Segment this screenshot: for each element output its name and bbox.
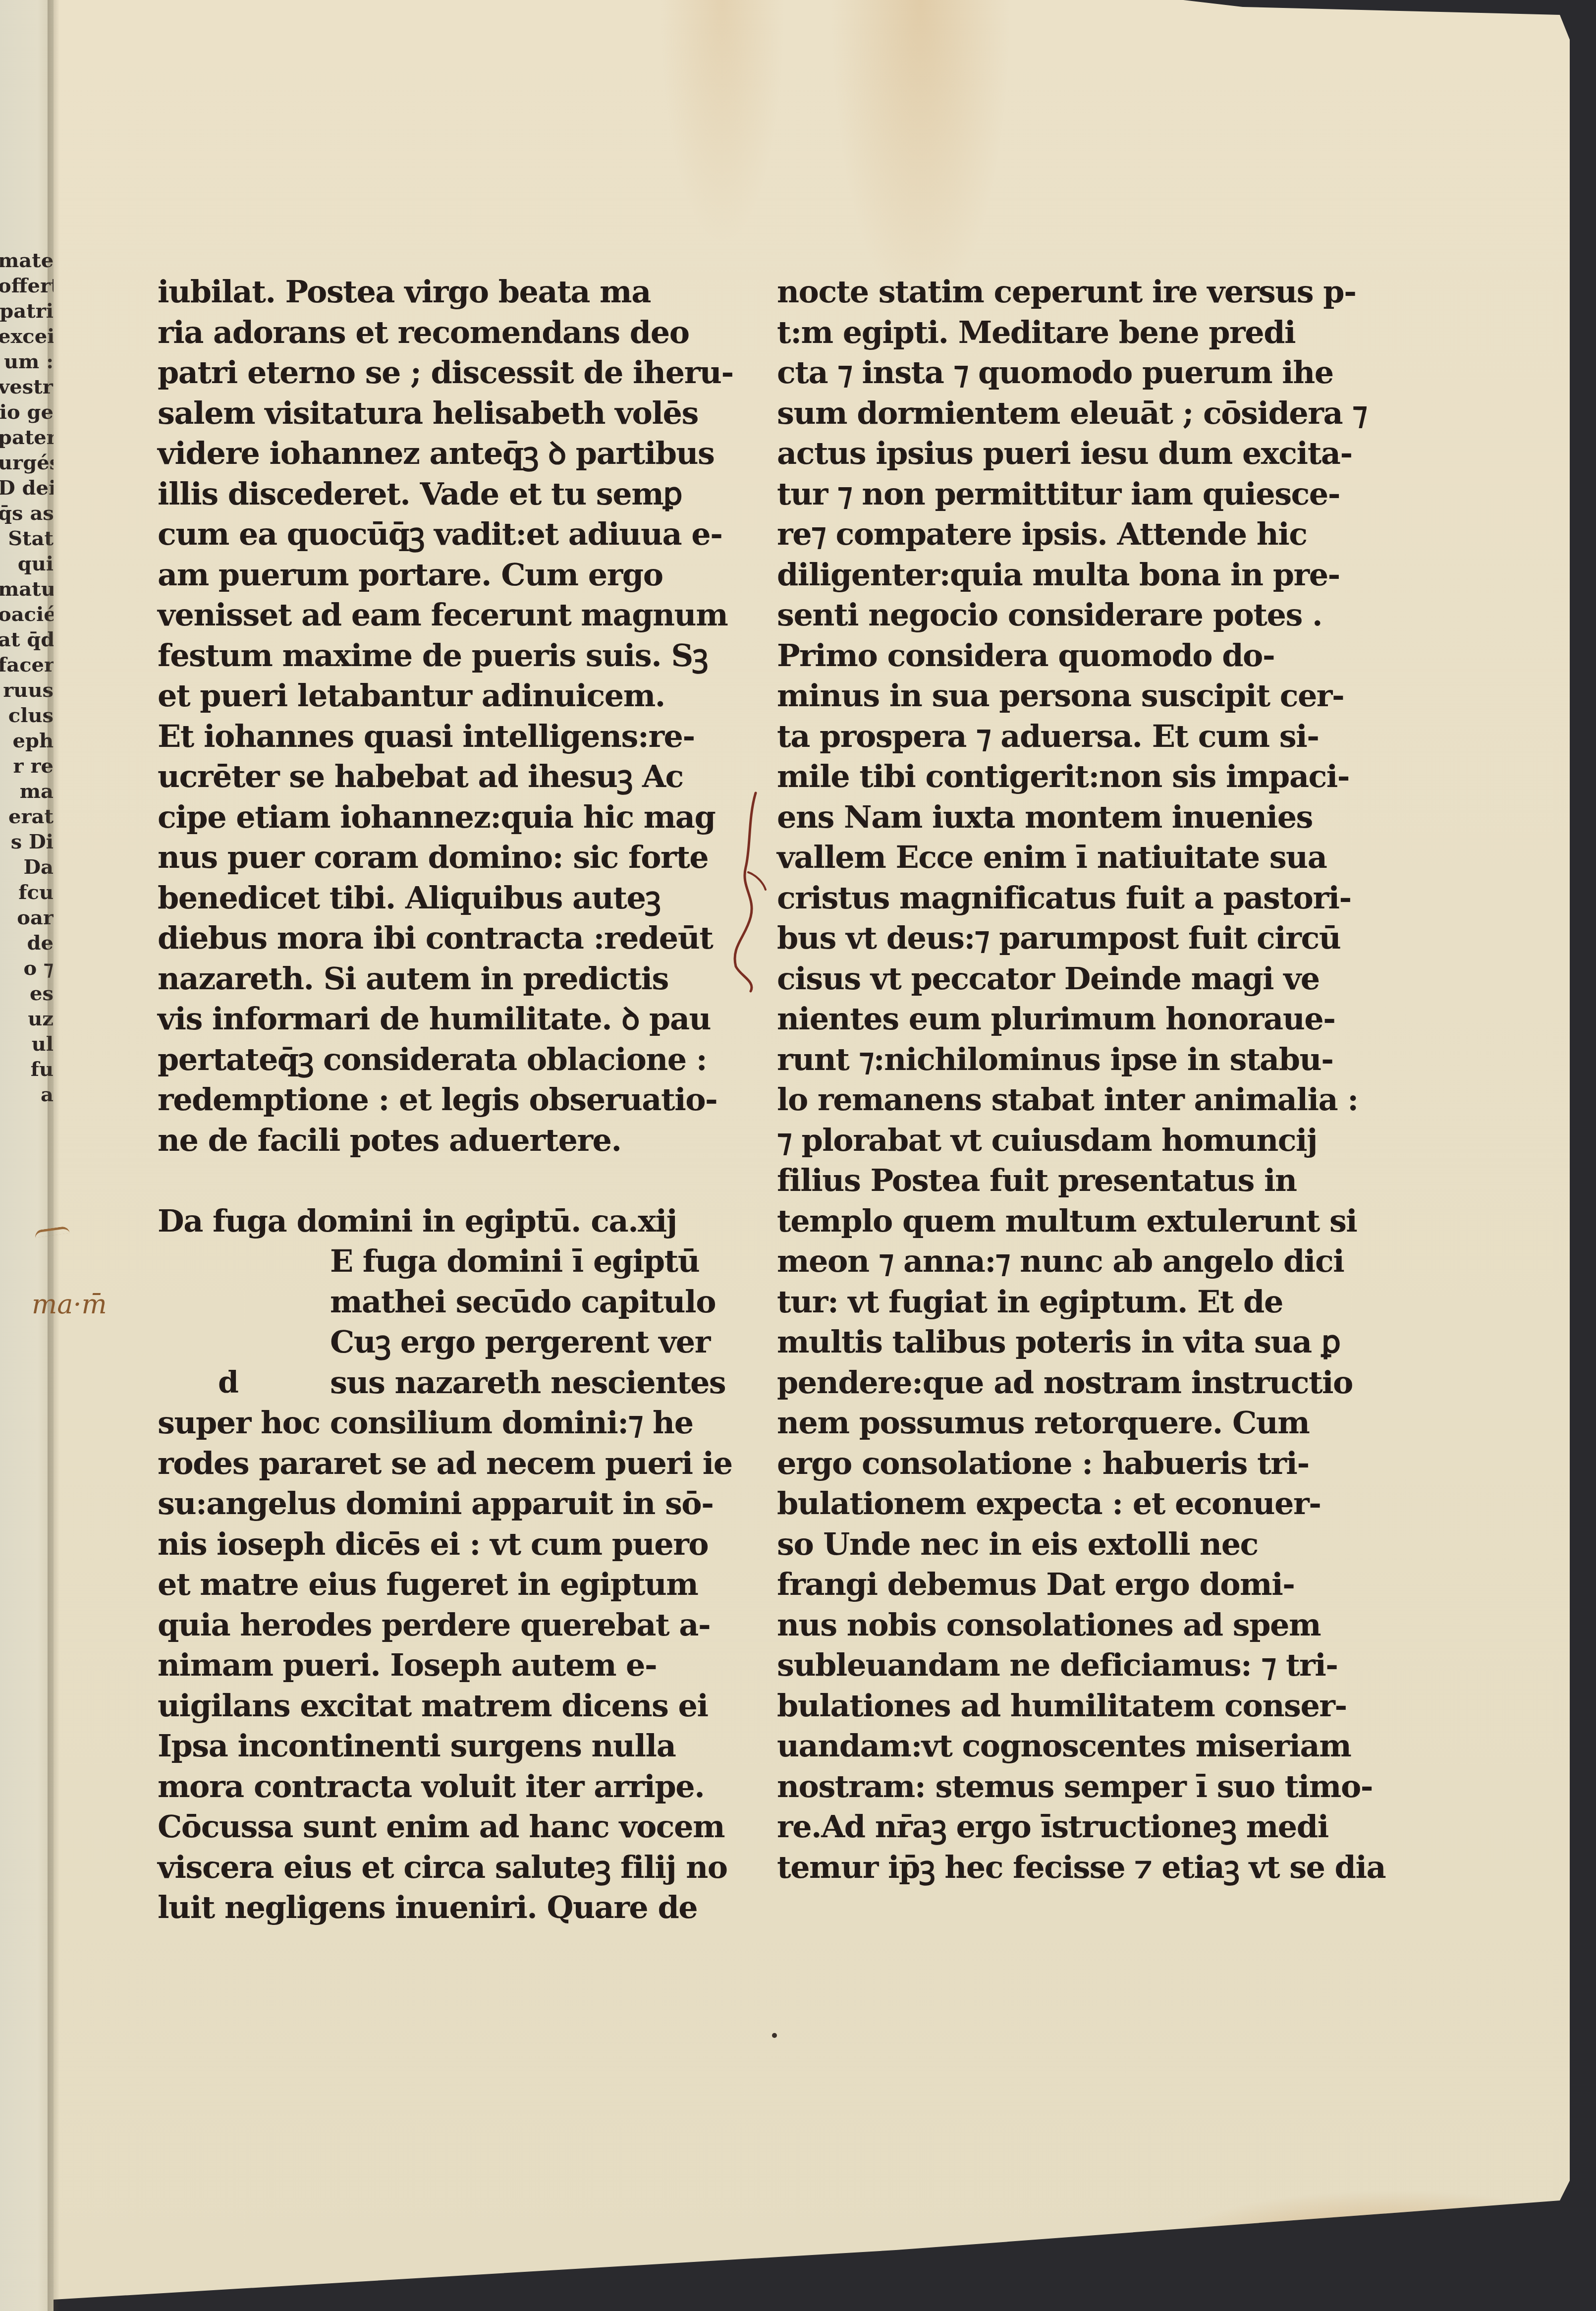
facing-line: ruus: [0, 677, 54, 703]
left-text-column: iubilat. Postea virgo beata ma ria adora…: [158, 272, 713, 1928]
facing-line: es: [0, 981, 54, 1006]
text-line: nientes eum plurimum honoraue-: [777, 999, 1337, 1039]
facing-line: io ge: [0, 399, 54, 425]
text-line: re.Ad nr̄aꝫ ergo īstructioneꝫ medi: [777, 1806, 1337, 1847]
text-line: mora contracta voluit iter arripe.: [158, 1766, 713, 1807]
text-line: Primo considera quomodo do-: [777, 635, 1337, 676]
text-line: cisus vt peccator Deinde magi ve: [777, 958, 1337, 999]
text-line: temur ip̄ꝫ hec fecisse ⁊ etiaꝫ vt se dia: [777, 1847, 1337, 1888]
facing-line: fu: [0, 1057, 54, 1082]
text-line: subleuandam ne deficiamus: ⁊ tri-: [777, 1645, 1337, 1686]
text-line: nazareth. Si autem in predictis: [158, 958, 713, 999]
text-line: videre iohannez anteq̄ꝫ ꝺ partibus: [158, 433, 713, 474]
facing-line: oar: [0, 905, 54, 930]
facing-line: oacié: [0, 602, 54, 627]
text-line: ria adorans et recomendans deo: [158, 312, 713, 353]
text-line: nimam pueri. Ioseph autem e-: [158, 1645, 713, 1686]
text-line: redemptione : et legis obseruatio-: [158, 1079, 713, 1120]
text-line: nus puer coram domino: sic forte: [158, 837, 713, 878]
text-line: venisset ad eam fecerunt magnum: [158, 595, 713, 635]
facing-line: o ⁊: [0, 956, 54, 981]
text-line: uigilans excitat matrem dicens ei: [158, 1686, 713, 1726]
text-line: cta ⁊ insta ⁊ quomodo puerum ihe: [777, 352, 1337, 393]
text-line: benedicet tibi. Aliquibus auteꝫ: [158, 878, 713, 918]
facing-line: uz: [0, 1006, 54, 1031]
facing-line: ul: [0, 1031, 54, 1057]
text-line: filius Postea fuit presentatus in: [777, 1160, 1337, 1201]
text-line: cristus magnificatus fuit a pastori-: [777, 878, 1337, 918]
manicule-icon: [721, 788, 770, 996]
text-line: ⁊ plorabat vt cuiusdam homuncij: [777, 1120, 1337, 1161]
text-line: quia herodes perdere querebat a-: [158, 1605, 713, 1645]
facing-line: a: [0, 1082, 54, 1107]
facing-line: D dei: [0, 475, 54, 501]
text-line: senti negocio considerare potes .: [777, 595, 1337, 635]
text-line: runt ⁊:nichilominus ipse in stabu-: [777, 1039, 1337, 1080]
text-line: templo quem multum extulerunt si: [777, 1201, 1337, 1241]
text-line: sum dormientem eleuāt ; cōsidera ⁊: [777, 393, 1337, 434]
facing-line: erat: [0, 804, 54, 829]
text-line: nem possumus retorquere. Cum: [777, 1403, 1337, 1443]
facing-line: eph: [0, 728, 54, 753]
right-text-column: nocte statim ceperunt ire versus p- t:m …: [777, 272, 1337, 1887]
chapter-heading: Da fuga domini in egiptū. ca.xij: [158, 1201, 713, 1241]
chapter-intro-line: sus nazareth nescientes: [158, 1362, 713, 1403]
facing-line: facer: [0, 652, 54, 677]
text-line: uandam:vt cognoscentes miseriam: [777, 1726, 1337, 1766]
section-gap: [158, 1160, 713, 1201]
text-line: Ipsa incontinenti surgens nulla: [158, 1726, 713, 1766]
facing-line: um :: [0, 349, 54, 374]
facing-line: patri: [0, 298, 54, 324]
text-line: mile tibi contigerit:non sis impaci-: [777, 756, 1337, 797]
text-line: bulationem expecta : et econuer-: [777, 1483, 1337, 1524]
text-line: actus ipsius pueri iesu dum excita-: [777, 433, 1337, 474]
text-line: luit negligens inueniri. Quare de: [158, 1887, 713, 1928]
facing-line: at q̄d: [0, 627, 54, 652]
text-line: so Unde nec in eis extolli nec: [777, 1524, 1337, 1565]
facing-line: de: [0, 930, 54, 956]
text-line: meon ⁊ anna:⁊ nunc ab angelo dici: [777, 1241, 1337, 1282]
text-line: nus nobis consolationes ad spem: [777, 1605, 1337, 1645]
text-line: cipe etiam iohannez:quia hic mag: [158, 797, 713, 838]
text-line: cum ea quocūq̄ꝫ vadit:et adiuua e-: [158, 514, 713, 555]
text-line: iubilat. Postea virgo beata ma: [158, 272, 713, 312]
ink-dot: [772, 2033, 777, 2038]
text-line: ergo consolatione : habueris tri-: [777, 1443, 1337, 1484]
facing-line: Da: [0, 854, 54, 880]
text-line: ucrēter se habebat ad ihesuꝫ Ac: [158, 756, 713, 797]
text-line: salem visitatura helisabeth volēs: [158, 393, 713, 434]
margin-annotation: ma·m̄: [32, 1289, 107, 1320]
text-line: super hoc consilium domini:⁊ he: [158, 1403, 713, 1443]
text-line: festum maxime de pueris suis. Sꝫ: [158, 635, 713, 676]
guide-letter: d: [218, 1365, 239, 1400]
text-line: re⁊ compatere ipsis. Attende hic: [777, 514, 1337, 555]
facing-line: clus: [0, 703, 54, 728]
text-line: tur ⁊ non permittitur iam quiesce-: [777, 474, 1337, 514]
text-line: tur: vt fugiat in egiptum. Et de: [777, 1282, 1337, 1322]
text-line: am puerum portare. Cum ergo: [158, 555, 713, 595]
chapter-intro-line: mathei secūdo capitulo: [158, 1282, 713, 1322]
facing-line: fcu: [0, 880, 54, 905]
facing-line: matu: [0, 576, 54, 602]
text-line: diligenter:quia multa bona in pre-: [777, 555, 1337, 595]
text-line: bus vt deus:⁊ parumpost fuit circū: [777, 918, 1337, 958]
text-line: lo remanens stabat inter animalia :: [777, 1079, 1337, 1120]
text-line: bulationes ad humilitatem conser-: [777, 1686, 1337, 1726]
facing-page-fragment: mater offert patri excei um : vestre io …: [0, 0, 54, 2311]
facing-line: offert: [0, 273, 54, 298]
text-line: ne de facili potes aduertere.: [158, 1120, 713, 1161]
text-line: su:angelus domini apparuit in sō-: [158, 1483, 713, 1524]
facing-line: r re: [0, 753, 54, 779]
gutter-shadow: [48, 0, 59, 2311]
facing-page-text: mater offert patri excei um : vestre io …: [0, 248, 54, 1107]
text-line: nocte statim ceperunt ire versus p-: [777, 272, 1337, 312]
text-line: vis informari de humilitate. ꝺ pau: [158, 999, 713, 1039]
chapter-intro-line: E fuga domini ī egiptū: [158, 1241, 713, 1282]
text-line: viscera eius et circa saluteꝫ filij no: [158, 1847, 713, 1888]
text-line: t:m egipti. Meditare bene predi: [777, 312, 1337, 353]
text-line: et pueri letabantur adinuicem.: [158, 676, 713, 716]
facing-line: urgés: [0, 450, 54, 475]
text-line: minus in sua persona suscipit cer-: [777, 676, 1337, 716]
facing-line: mater: [0, 248, 54, 273]
text-line: Cōcussa sunt enim ad hanc vocem: [158, 1806, 713, 1847]
page-scan: mater offert patri excei um : vestre io …: [0, 0, 1596, 2311]
text-line: Et iohannes quasi intelligens:re-: [158, 716, 713, 757]
facing-line: vestre: [0, 374, 54, 399]
text-line: diebus mora ibi contracta :redeūt: [158, 918, 713, 958]
facing-line: excei: [0, 324, 54, 349]
text-line: nostram: stemus semper ī suo timo-: [777, 1766, 1337, 1807]
text-line: patri eterno se ; discessit de iheru-: [158, 352, 713, 393]
text-line: illis discederet. Vade et tu semꝑ: [158, 474, 713, 514]
chapter-intro-line: Cuꝫ ergo pergerent ver: [158, 1322, 713, 1362]
facing-line: pater: [0, 425, 54, 450]
text-line: et matre eius fugeret in egiptum: [158, 1564, 713, 1605]
text-line: pertateq̄ꝫ considerata oblacione :: [158, 1039, 713, 1080]
text-line: pendere:que ad nostram instructio: [777, 1362, 1337, 1403]
text-line: rodes pararet se ad necem pueri ie: [158, 1443, 713, 1484]
text-line: nis ioseph dicēs ei : vt cum puero: [158, 1524, 713, 1565]
text-line: vallem Ecce enim ī natiuitate sua: [777, 837, 1337, 878]
text-line: ta prospera ⁊ aduersa. Et cum si-: [777, 716, 1337, 757]
facing-line: s Di: [0, 829, 54, 854]
text-line: multis talibus poteris in vita sua ꝑ: [777, 1322, 1337, 1362]
facing-line: q̄s ase: [0, 501, 54, 526]
facing-line: qui: [0, 551, 54, 576]
text-line: frangi debemus Dat ergo domi-: [777, 1564, 1337, 1605]
facing-line: Stat: [0, 526, 54, 551]
text-line: ens Nam iuxta montem inuenies: [777, 797, 1337, 838]
facing-line: ma: [0, 779, 54, 804]
